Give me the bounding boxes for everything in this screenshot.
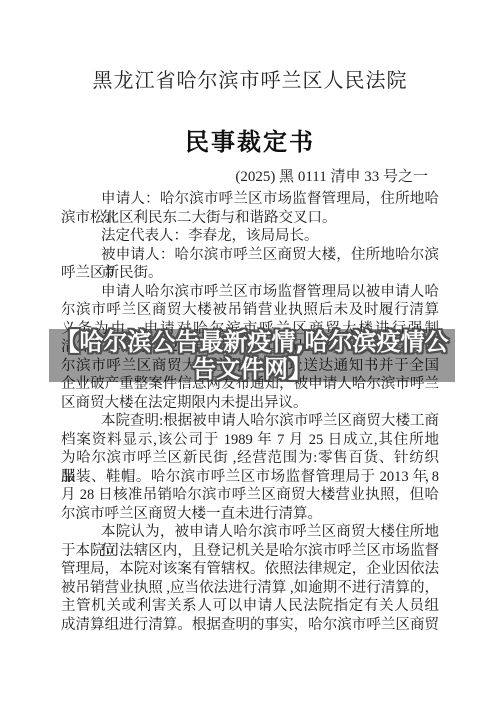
document-line: 档案资料显示,该公司于 1989 年 7 月 25 日成立,其住所地: [61, 431, 439, 450]
document-line: 申请人：哈尔滨市呼兰区市场监督管理局，住所地哈尔: [61, 190, 439, 209]
document-line: 被申请人：哈尔滨市呼兰区商贸大楼，住所地哈尔滨市: [61, 246, 439, 265]
document-line: 管理局，本院对该案有管辖权。依照法律规定，企业因依法: [61, 560, 439, 579]
document-line: 区商贸大楼在法定期限内未提出异议。: [61, 394, 439, 413]
court-name: 黑龙江省哈尔滨市呼兰区人民法院: [0, 64, 500, 93]
document-body: 申请人：哈尔滨市呼兰区市场监督管理局，住所地哈尔滨市松北区利民东二大街与和谐路交…: [61, 190, 439, 634]
watermark-overlay: 【哈尔滨公告最新疫情,哈尔滨疫情公告文件网】: [49, 329, 455, 382]
document-title: 民事裁定书: [0, 122, 500, 157]
document-line: 服装、鞋帽。哈尔滨市呼兰区市场监督管理局于 2013 年 8: [61, 468, 439, 487]
document-line: 尔滨市呼兰区商贸大楼被吊销营业执照后未及时履行清算: [61, 301, 439, 320]
case-number: (2025) 黑 0111 清申 33 号之一: [0, 165, 428, 186]
document-line: 本院认为，被申请人哈尔滨市呼兰区商贸大楼住所地位: [61, 523, 439, 542]
document-line: 成清算组进行清算。根据查明的事实，哈尔滨市呼兰区商贸: [61, 616, 439, 635]
document-line: 申请人哈尔滨市呼兰区市场监督管理局以被申请人哈: [61, 283, 439, 302]
document-line: 法定代表人：李春龙，该局局长。: [61, 227, 439, 246]
document-line: 被吊销营业执照 ,应当依法进行清算 ,如逾期不进行清算的，: [61, 579, 439, 598]
document-line: 月 28 日核准吊销哈尔滨市呼兰区商贸大楼营业执照，但哈: [61, 486, 439, 505]
document-line: 本院查明:根据被申请人哈尔滨市呼兰区商贸大楼工商: [61, 412, 439, 431]
document-line: 为哈尔滨市呼兰区新民街 ,经营范围为:零售百货、针纺织品，: [61, 449, 439, 468]
document-line: 主管机关或利害关系人可以申请人民法院指定有关人员组: [61, 597, 439, 616]
document-page: 黑龙江省哈尔滨市呼兰区人民法院 民事裁定书 (2025) 黑 0111 清申 3…: [0, 0, 500, 706]
document-line: 尔滨市呼兰区商贸大楼一直未进行清算。: [61, 505, 439, 524]
document-line: 于本院司法辖区内，且登记机关是哈尔滨市呼兰区市场监督: [61, 542, 439, 561]
document-line: 呼兰区新民街。: [61, 264, 439, 283]
document-line: 滨市松北区利民东二大街与和谐路交叉口。: [61, 209, 439, 228]
